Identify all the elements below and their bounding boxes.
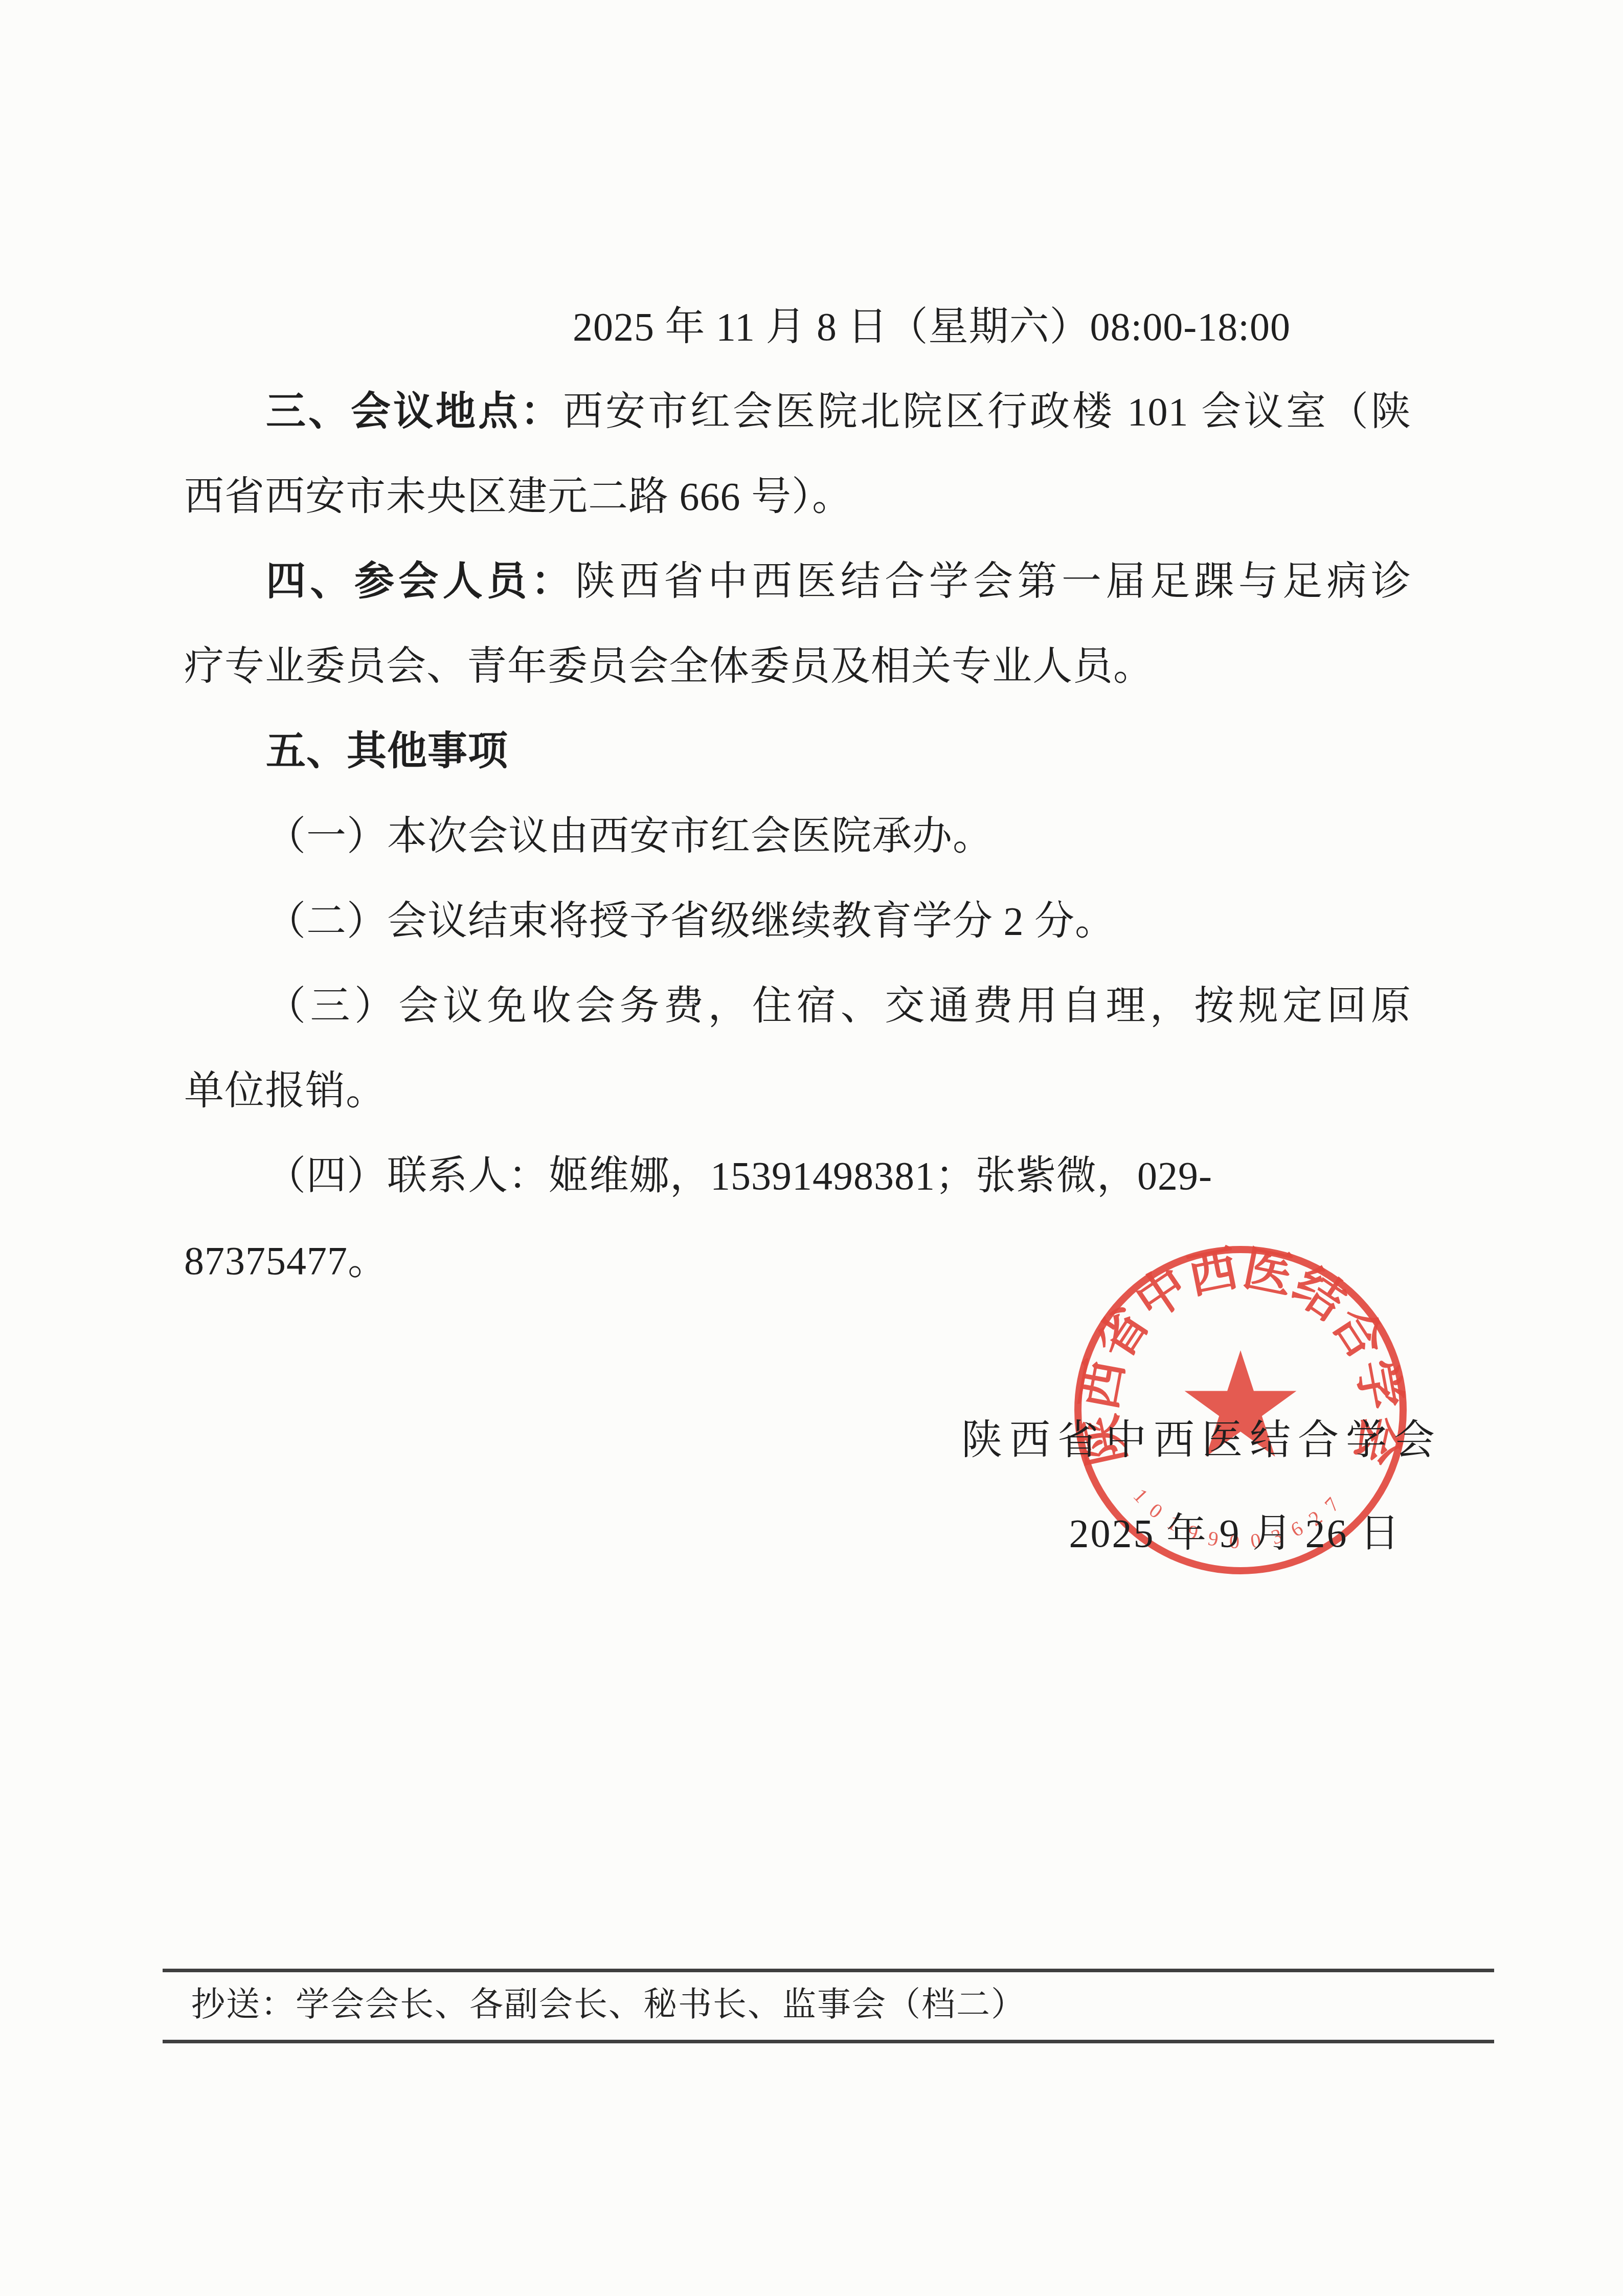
item-4-contacts-line: （四）联系人：姬维娜，15391498381；张紫微，029-87375477。 bbox=[184, 1133, 1411, 1303]
line-text: （二）会议结束将授予省级继续教育学分 2 分。 bbox=[266, 899, 1115, 943]
meeting-location-line: 三、会议地点：西安市红会医院北院区行政楼 101 会议室（陕 bbox=[184, 369, 1411, 454]
item-3-line: （三）会议免收会务费，住宿、交通费用自理，按规定回原 bbox=[184, 964, 1411, 1049]
line-label-text: 五、其他事项 bbox=[266, 729, 508, 773]
participants-line: 四、参会人员：陕西省中西医结合学会第一届足踝与足病诊 bbox=[184, 539, 1411, 624]
line-text: 陕西省中西医结合学会第一届足踝与足病诊 bbox=[575, 559, 1411, 604]
line-text: 疗专业委员会、青年委员会全体委员及相关专业人员。 bbox=[184, 644, 1154, 688]
other-items-heading: 五、其他事项 bbox=[184, 709, 1411, 794]
document-page: 2025 年 11 月 8 日（星期六）08:00-18:00三、会议地点：西安… bbox=[0, 0, 1623, 2296]
line-label-text: 三、会议地点： bbox=[266, 389, 563, 434]
participants-line-2: 疗专业委员会、青年委员会全体委员及相关专业人员。 bbox=[184, 624, 1411, 709]
line-text: 单位报销。 bbox=[184, 1068, 386, 1113]
signature-date: 2025 年 9 月 26 日 bbox=[1069, 1509, 1401, 1558]
line-label-text: 四、参会人员： bbox=[266, 559, 575, 604]
line-text: 西省西安市未央区建元二路 666 号）。 bbox=[184, 474, 852, 519]
line-text: （三）会议免收会务费，住宿、交通费用自理，按规定回原 bbox=[266, 984, 1411, 1028]
line-text: 2025 年 11 月 8 日（星期六）08:00-18:00 bbox=[573, 304, 1291, 349]
document-body: 2025 年 11 月 8 日（星期六）08:00-18:00三、会议地点：西安… bbox=[184, 284, 1411, 1303]
meeting-location-line-2: 西省西安市未央区建元二路 666 号）。 bbox=[184, 454, 1411, 539]
signature-organization: 陕西省中西医结合学会 bbox=[961, 1416, 1442, 1465]
footer-copy-line: 抄送：学会会长、各副会长、秘书长、监事会（档二） bbox=[163, 1972, 1494, 2040]
line-text: （四）联系人：姬维娜，15391498381；张紫微，029-87375477。 bbox=[184, 1153, 1212, 1283]
footer-copy-section: 抄送：学会会长、各副会长、秘书长、监事会（档二） bbox=[163, 1969, 1494, 2043]
item-2-line: （二）会议结束将授予省级继续教育学分 2 分。 bbox=[184, 879, 1411, 964]
item-3-line-2: 单位报销。 bbox=[184, 1049, 1411, 1133]
item-1-line: （一）本次会议由西安市红会医院承办。 bbox=[184, 794, 1411, 879]
line-text: （一）本次会议由西安市红会医院承办。 bbox=[266, 814, 993, 858]
meeting-time-line: 2025 年 11 月 8 日（星期六）08:00-18:00 bbox=[184, 284, 1411, 369]
line-text: 西安市红会医院北院区行政楼 101 会议室（陕 bbox=[563, 389, 1411, 434]
